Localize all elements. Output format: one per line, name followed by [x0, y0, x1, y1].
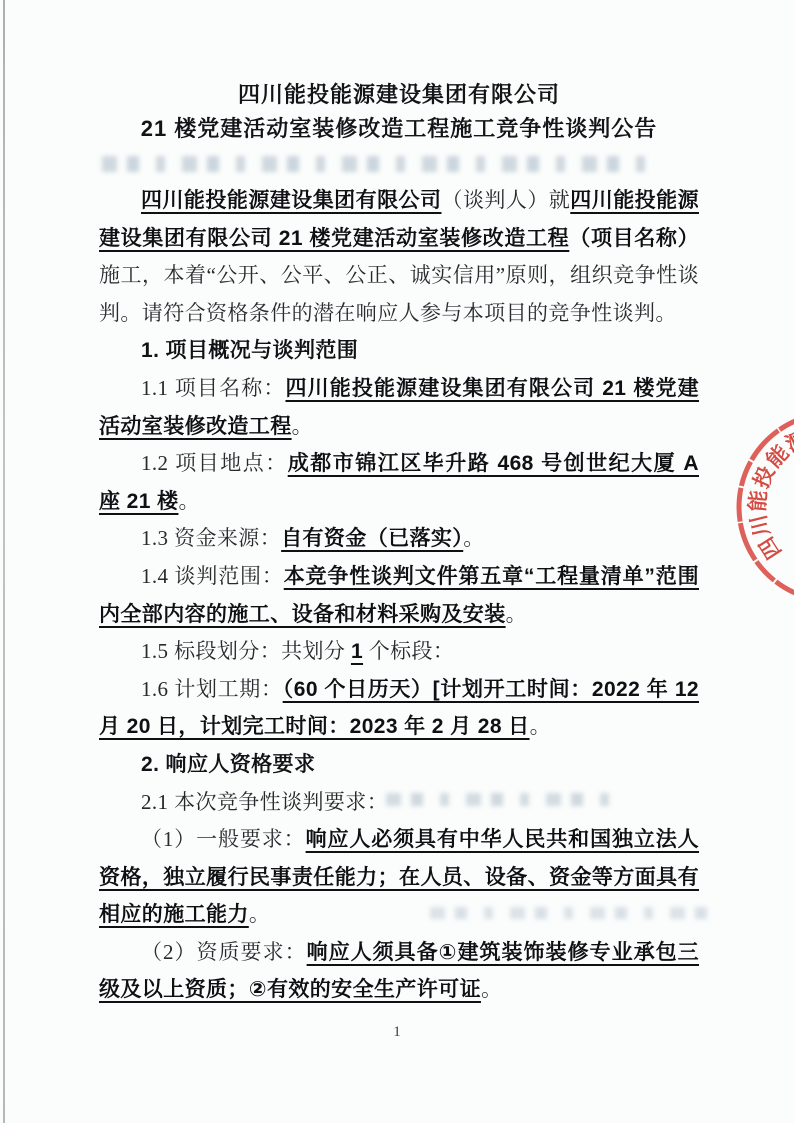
clause-1-5: 1.5 标段划分：共划分 1 个标段：	[99, 633, 699, 671]
page-number: 1	[0, 1024, 794, 1041]
clause-1-6: 1.6 计划工期：（60 个日历天）[计划开工时间：2022 年 12 月 20…	[99, 671, 699, 746]
document-page: 四川能投能源建设集团有限公司 21 楼党建活动室装修改造工程施工竞争性谈判公告 …	[0, 0, 794, 1123]
requirement-general: （1）一般要求：响应人必须具有中华人民共和国独立法人资格，独立履行民事责任能力；…	[99, 821, 699, 934]
document-title-line-1: 四川能投能源建设集团有限公司	[99, 78, 699, 112]
requirement-qualification: （2）资质要求：响应人须具备①建筑装饰装修专业承包三级及以上资质；②有效的安全生…	[99, 934, 699, 1009]
funding-source-value: 自有资金（已落实）	[281, 527, 463, 550]
document-body: 四川能投能源建设集团有限公司（谈判人）就四川能投能源建设集团有限公司 21 楼党…	[99, 182, 699, 1009]
official-seal-stamp: 四川能投能源建设集团有限公司	[714, 386, 794, 631]
clause-1-2: 1.2 项目地点：成都市锦江区毕升路 468 号创世纪大厦 A 座 21 楼。	[99, 445, 699, 520]
section-2-heading: 2. 响应人资格要求	[99, 746, 699, 784]
clause-1-4: 1.4 谈判范围：本竞争性谈判文件第五章“工程量清单”范围内全部内容的施工、设备…	[99, 558, 699, 633]
section-1-heading: 1. 项目概况与谈判范围	[99, 332, 699, 370]
document-title-line-2: 21 楼党建活动室装修改造工程施工竞争性谈判公告	[99, 112, 699, 146]
scan-edge-artifact	[3, 0, 5, 1123]
intro-paragraph: 四川能投能源建设集团有限公司（谈判人）就四川能投能源建设集团有限公司 21 楼党…	[99, 182, 699, 332]
negotiator-name: 四川能投能源建设集团有限公司	[141, 189, 441, 212]
clause-1-3: 1.3 资金来源：自有资金（已落实）。	[99, 520, 699, 558]
lot-count-value: 1	[351, 640, 363, 663]
document-content: 四川能投能源建设集团有限公司 21 楼党建活动室装修改造工程施工竞争性谈判公告 …	[99, 78, 699, 1009]
clause-1-1: 1.1 项目名称：四川能投能源建设集团有限公司 21 楼党建活动室装修改造工程。	[99, 370, 699, 445]
clause-2-1: 2.1 本次竞争性谈判要求：	[99, 784, 699, 822]
